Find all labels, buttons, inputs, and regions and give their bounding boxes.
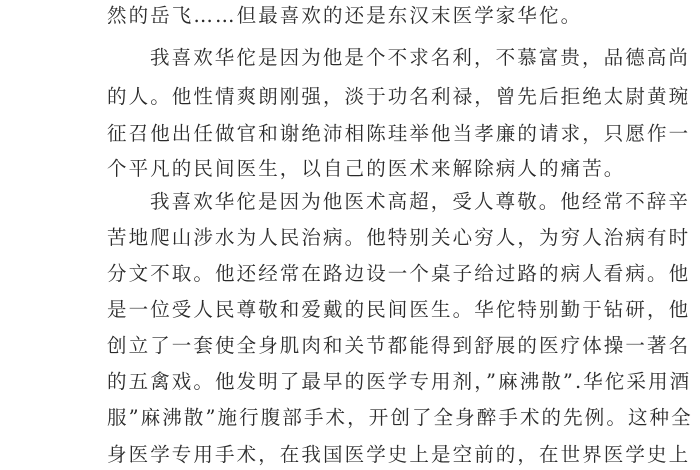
paragraph-line: 创立了一套使全身肌肉和关节都能得到舒展的医疗体操一著名 bbox=[107, 328, 690, 364]
paragraph-line: 是一位受人民尊敬和爱戴的民间医生。华佗特别勤于钻研，他 bbox=[107, 292, 690, 328]
paragraph-line: 个平凡的民间医生，以自己的医术来解除病人的痛苦。 bbox=[107, 151, 625, 187]
paragraph-line: 我喜欢华佗是因为他是个不求名利，不慕富贵，品德高尚 bbox=[150, 40, 690, 76]
paragraph-line: 征召他出任做官和谢绝沛相陈珪举他当孝廉的请求，只愿作一 bbox=[107, 116, 690, 152]
paragraph-line: 苦地爬山涉水为人民治病。他特别关心穷人，为穷人治病有时 bbox=[107, 220, 690, 256]
paragraph-line: 的五禽戏。他发明了最早的医学专用剂，”麻沸散”.华佗采用酒 bbox=[107, 364, 691, 400]
paragraph-line: 服”麻沸散”施行腹部手术，开创了全身醉手术的先例。这种全 bbox=[107, 400, 693, 436]
paragraph-line: 的人。他性情爽朗刚强，淡于功名利禄，曾先后拒绝太尉黄琬 bbox=[107, 79, 690, 115]
paragraph-line: 然的岳飞……但最喜欢的还是东汉末医学家华佗。 bbox=[107, 0, 582, 34]
document-page: 然的岳飞……但最喜欢的还是东汉末医学家华佗。 我喜欢华佗是因为他是个不求名利，不… bbox=[0, 0, 700, 470]
paragraph-line: 我喜欢华佗是因为他医术高超，受人尊敬。他经常不辞辛 bbox=[150, 184, 690, 220]
paragraph-line: 身医学专用手术，在我国医学史上是空前的，在世界医学史上 bbox=[107, 437, 690, 470]
paragraph-line: 分文不取。他还经常在路边设一个桌子给过路的病人看病。他 bbox=[107, 256, 690, 292]
